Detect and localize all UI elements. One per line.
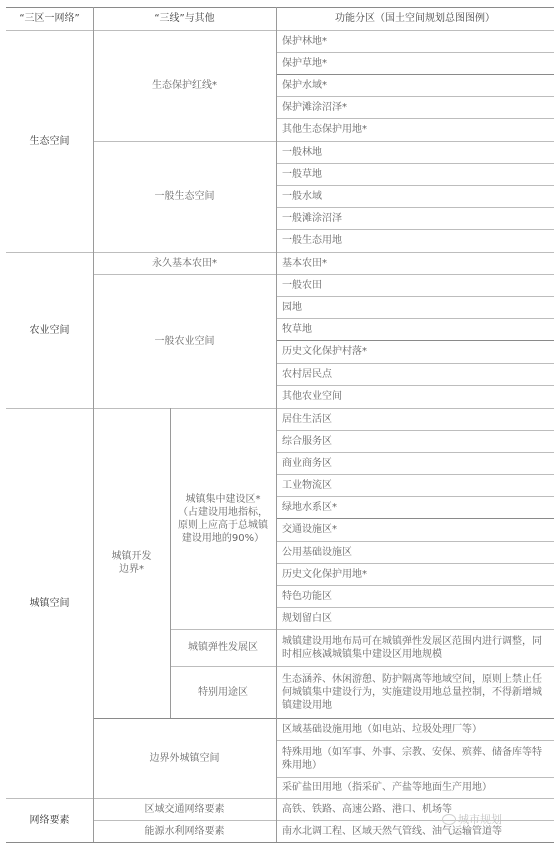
header-function-zones: 功能分区（国土空间规划总图图例） bbox=[276, 7, 554, 30]
agri-permanent-item: 基本农田* bbox=[276, 252, 554, 274]
urban-space-label: 城镇空间 bbox=[6, 408, 93, 798]
row-divider bbox=[276, 96, 554, 97]
row-divider bbox=[276, 74, 554, 75]
table-top-border bbox=[6, 7, 554, 8]
eco-redline-item: 保护滩涂沼泽* bbox=[276, 96, 554, 118]
agri-general-item: 农村居民点 bbox=[276, 363, 554, 385]
eco-redline-item: 其他生态保护用地* bbox=[276, 118, 554, 141]
row-divider bbox=[93, 141, 554, 142]
row-divider bbox=[276, 777, 554, 778]
section-divider bbox=[6, 252, 554, 253]
agri-general-item: 园地 bbox=[276, 296, 554, 318]
urban-elastic-label: 城镇弹性发展区 bbox=[170, 629, 276, 666]
eco-redline-item: 保护林地* bbox=[276, 30, 554, 52]
urban-core-label: 城镇集中建设区*（占建设用地指标，原则上应高于总城镇建设用地的90%） bbox=[170, 408, 276, 629]
row-divider bbox=[170, 666, 554, 667]
row-divider bbox=[276, 585, 554, 586]
row-divider bbox=[276, 163, 554, 164]
eco-space-label: 生态空间 bbox=[6, 30, 93, 252]
eco-general-item: 一般生态用地 bbox=[276, 229, 554, 252]
agri-general-item: 牧草地 bbox=[276, 318, 554, 340]
row-divider bbox=[276, 563, 554, 564]
eco-general-item: 一般滩涂沼泽 bbox=[276, 207, 554, 229]
row-divider bbox=[276, 430, 554, 431]
col-divider-2 bbox=[276, 7, 277, 842]
row-divider bbox=[276, 607, 554, 608]
network-label: 网络要素 bbox=[6, 798, 93, 842]
row-divider bbox=[93, 718, 554, 719]
urban-core-item: 公用基础设施区 bbox=[276, 541, 554, 563]
urban-outside-item: 采矿盐田用地（指采矿、产盐等地面生产用地） bbox=[276, 777, 554, 798]
agri-general-item: 其他农业空间 bbox=[276, 385, 554, 408]
urban-core-item: 历史文化保护用地* bbox=[276, 563, 554, 585]
urban-elastic-desc: 城镇建设用地布局可在城镇弹性发展区范围内进行调整，同时相应核减城镇集中建设区用地… bbox=[276, 629, 554, 666]
urban-special-desc: 生态涵养、休闲游憩、防护隔离等地域空间，原则上禁止任何城镇集中建设行为，实施建设… bbox=[276, 666, 554, 718]
urban-core-item: 规划留白区 bbox=[276, 607, 554, 629]
urban-core-item: 绿地水系区* bbox=[276, 496, 554, 518]
row-divider bbox=[276, 207, 554, 208]
agri-general-item: 历史文化保护村落* bbox=[276, 340, 554, 363]
agri-space-label: 农业空间 bbox=[6, 252, 93, 408]
row-divider bbox=[276, 474, 554, 475]
network-energy-label: 能源水利网络要素 bbox=[93, 820, 276, 842]
eco-redline-item: 保护水域* bbox=[276, 74, 554, 96]
row-divider bbox=[93, 274, 554, 275]
row-divider bbox=[276, 541, 554, 542]
eco-general-label: 一般生态空间 bbox=[93, 141, 276, 252]
row-divider bbox=[276, 185, 554, 186]
urban-outside-label: 边界外城镇空间 bbox=[93, 718, 276, 798]
network-transport-desc: 高铁、铁路、高速公路、港口、机场等 bbox=[276, 798, 554, 820]
col-divider-urban-inner bbox=[170, 408, 171, 718]
urban-outside-item: 区域基础设施用地（如电站、垃圾处理厂等） bbox=[276, 718, 554, 740]
network-transport-label: 区域交通网络要素 bbox=[93, 798, 276, 820]
row-divider bbox=[276, 229, 554, 230]
urban-core-item: 交通设施区* bbox=[276, 518, 554, 541]
wechat-icon bbox=[442, 814, 456, 825]
header-divider bbox=[6, 30, 554, 31]
urban-core-item: 工业物流区 bbox=[276, 474, 554, 496]
row-divider bbox=[276, 363, 554, 364]
eco-redline-item: 保护草地* bbox=[276, 52, 554, 74]
row-divider bbox=[276, 385, 554, 386]
urban-core-item: 居住生活区 bbox=[276, 408, 554, 430]
urban-core-item: 特色功能区 bbox=[276, 585, 554, 607]
urban-core-item: 商业商务区 bbox=[276, 452, 554, 474]
eco-general-item: 一般水域 bbox=[276, 185, 554, 207]
urban-core-item: 综合服务区 bbox=[276, 430, 554, 452]
watermark: 城市规划 bbox=[442, 811, 502, 827]
row-divider bbox=[276, 296, 554, 297]
section-divider bbox=[6, 798, 554, 799]
row-divider bbox=[276, 52, 554, 53]
network-energy-desc: 南水北调工程、区域天然气管线、油气运输管道等 bbox=[276, 820, 554, 842]
row-divider bbox=[276, 740, 554, 741]
watermark-text: 城市规划 bbox=[458, 811, 502, 827]
urban-boundary-label: 城镇开发边界* bbox=[93, 408, 170, 718]
agri-permanent-label: 永久基本农田* bbox=[93, 252, 276, 274]
row-divider bbox=[276, 118, 554, 119]
agri-general-item: 一般农田 bbox=[276, 274, 554, 296]
header-three-zones: “三区一网络” bbox=[6, 7, 93, 30]
section-divider bbox=[6, 408, 554, 409]
eco-redline-label: 生态保护红线* bbox=[93, 30, 276, 141]
row-divider bbox=[276, 496, 554, 497]
urban-special-label: 特别用途区 bbox=[170, 666, 276, 718]
row-divider bbox=[276, 340, 554, 341]
row-divider bbox=[276, 518, 554, 519]
row-divider bbox=[276, 452, 554, 453]
eco-general-item: 一般林地 bbox=[276, 141, 554, 163]
header-three-lines: “三线”与其他 bbox=[93, 7, 276, 30]
eco-general-item: 一般草地 bbox=[276, 163, 554, 185]
row-divider bbox=[170, 629, 554, 630]
table-bottom-border bbox=[6, 842, 554, 843]
row-divider bbox=[276, 318, 554, 319]
agri-general-label: 一般农业空间 bbox=[93, 274, 276, 408]
urban-outside-item: 特殊用地（如军事、外事、宗教、安保、殡葬、储备库等特殊用地） bbox=[276, 740, 554, 777]
col-divider-1 bbox=[93, 7, 94, 842]
